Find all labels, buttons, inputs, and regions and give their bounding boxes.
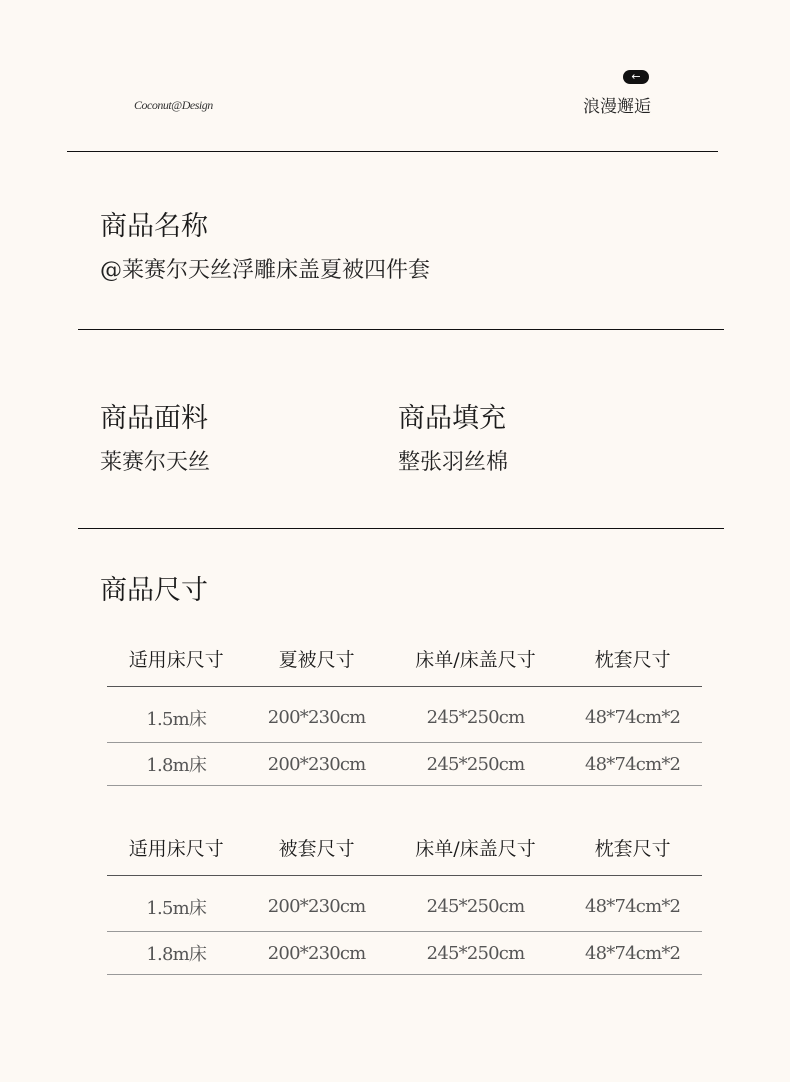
cell: 48*74cm*2 — [563, 743, 702, 786]
table-row: 1.5m床 200*230cm 245*250cm 48*74cm*2 — [107, 687, 702, 743]
divider — [67, 151, 718, 152]
cell: 245*250cm — [388, 876, 563, 932]
cell: 1.8m床 — [107, 743, 245, 786]
cell: 200*230cm — [245, 932, 387, 975]
cell: 200*230cm — [245, 876, 387, 932]
header-bed-size: 适用床尺寸 — [107, 819, 245, 876]
product-name-label: 商品名称 — [100, 204, 208, 243]
size-table-1: 适用床尺寸 夏被尺寸 床单/床盖尺寸 枕套尺寸 1.5m床 200*230cm … — [107, 630, 702, 786]
cell: 48*74cm*2 — [563, 876, 702, 932]
cell: 48*74cm*2 — [563, 687, 702, 743]
product-name-value: @莱赛尔天丝浮雕床盖夏被四件套 — [100, 253, 430, 284]
divider — [78, 329, 724, 330]
filling-label: 商品填充 — [398, 396, 506, 435]
table-row: 1.8m床 200*230cm 245*250cm 48*74cm*2 — [107, 743, 702, 786]
cell: 245*250cm — [388, 932, 563, 975]
header-pillowcase-size: 枕套尺寸 — [563, 819, 702, 876]
table-row: 1.5m床 200*230cm 245*250cm 48*74cm*2 — [107, 876, 702, 932]
filling-value: 整张羽丝棉 — [398, 445, 508, 476]
table-header-row: 适用床尺寸 被套尺寸 床单/床盖尺寸 枕套尺寸 — [107, 819, 702, 876]
header-pillowcase-size: 枕套尺寸 — [563, 630, 702, 687]
size-table-2: 适用床尺寸 被套尺寸 床单/床盖尺寸 枕套尺寸 1.5m床 200*230cm … — [107, 819, 702, 975]
header-sheet-size: 床单/床盖尺寸 — [388, 819, 563, 876]
header-bed-size: 适用床尺寸 — [107, 630, 245, 687]
fabric-value: 莱赛尔天丝 — [100, 445, 210, 476]
cell: 245*250cm — [388, 743, 563, 786]
table-row: 1.8m床 200*230cm 245*250cm 48*74cm*2 — [107, 932, 702, 975]
cell: 1.5m床 — [107, 876, 245, 932]
brand-logo: Coconut@Design — [134, 98, 213, 113]
cell: 200*230cm — [245, 687, 387, 743]
tagline: 浪漫邂逅 — [583, 92, 651, 117]
sizes-label: 商品尺寸 — [100, 568, 208, 607]
cell: 1.5m床 — [107, 687, 245, 743]
cell: 245*250cm — [388, 687, 563, 743]
divider — [78, 528, 724, 529]
cell: 200*230cm — [245, 743, 387, 786]
back-arrow-icon[interactable]: ← — [623, 70, 649, 84]
header-sheet-size: 床单/床盖尺寸 — [388, 630, 563, 687]
cell: 1.8m床 — [107, 932, 245, 975]
header-duvet-cover-size: 被套尺寸 — [245, 819, 387, 876]
table-header-row: 适用床尺寸 夏被尺寸 床单/床盖尺寸 枕套尺寸 — [107, 630, 702, 687]
cell: 48*74cm*2 — [563, 932, 702, 975]
header-quilt-size: 夏被尺寸 — [245, 630, 387, 687]
fabric-label: 商品面料 — [100, 396, 208, 435]
